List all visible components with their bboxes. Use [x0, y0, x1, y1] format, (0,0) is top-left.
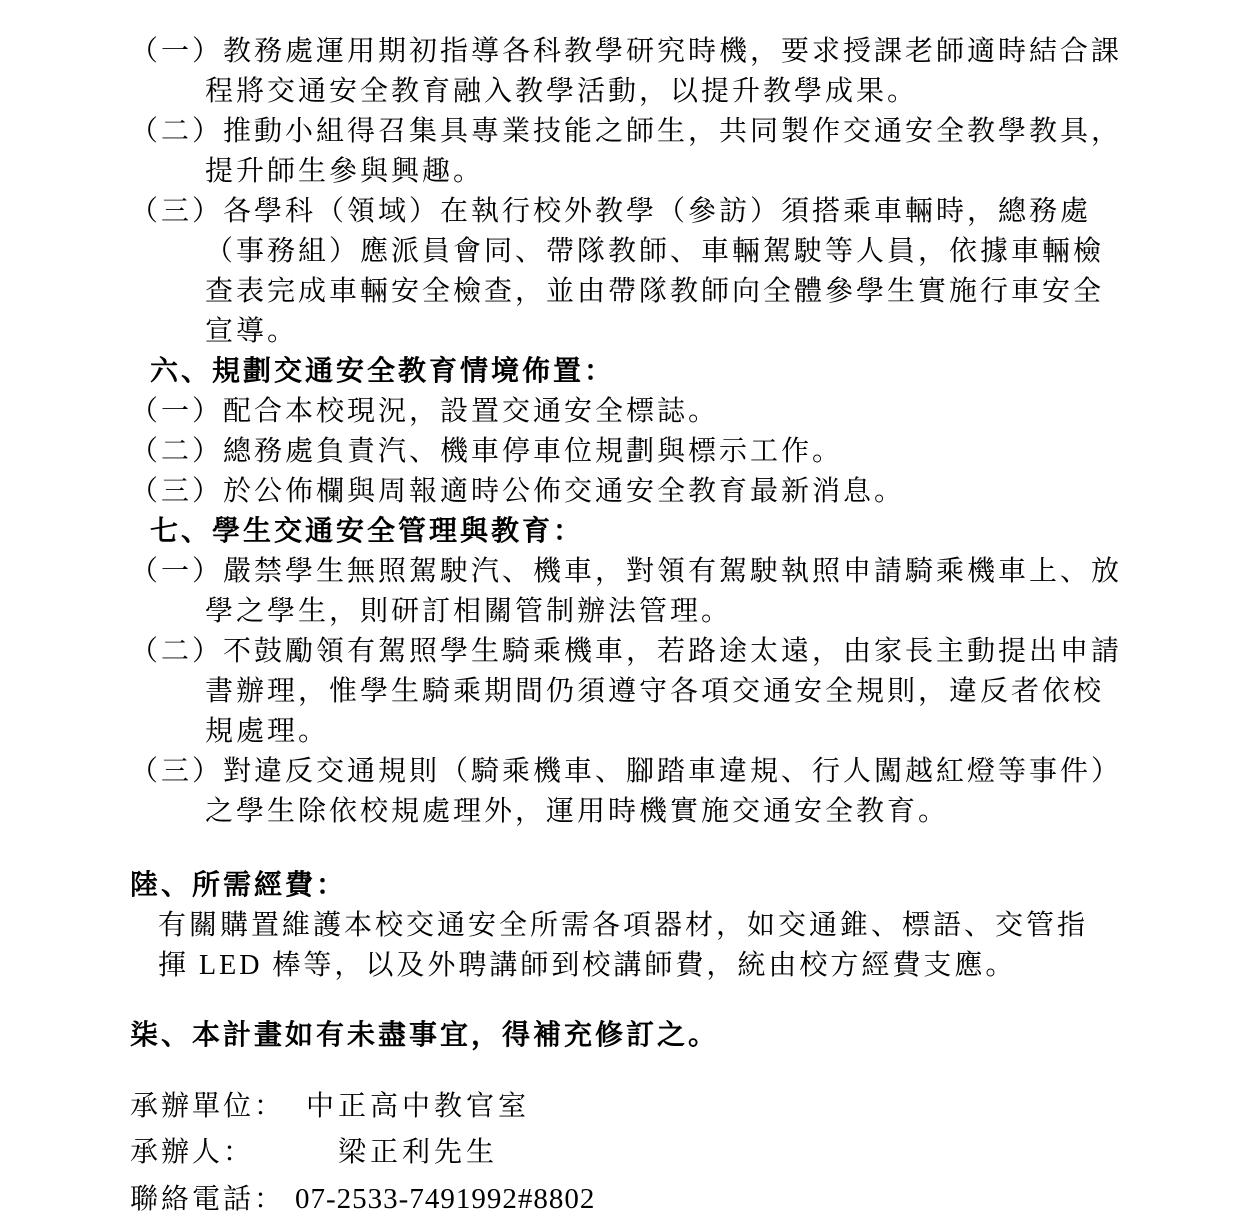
plan-item-line: （三）各學科（領域）在執行校外教學（參訪）須搭乘車輛時，總務處	[130, 192, 1160, 232]
plan-item-line: 程將交通安全教育融入教學活動，以提升教學成果。	[205, 72, 1160, 112]
section-heading-final: 柒、本計畫如有未盡事宜，得補充修訂之。	[130, 1016, 1160, 1056]
plan-item-line: （一）配合本校現況，設置交通安全標誌。	[130, 392, 1160, 432]
section-heading-six: 六、規劃交通安全教育情境佈置：	[150, 352, 1160, 392]
contact-block: 承辦單位：中正高中教官室 承辦人：梁正利先生 聯絡電話：07-2533-7491…	[130, 1084, 1160, 1223]
budget-body-line: 有關購置維護本校交通安全所需各項器材，如交通錐、標語、交管指	[158, 906, 1160, 946]
section-final: 柒、本計畫如有未盡事宜，得補充修訂之。	[130, 1016, 1160, 1056]
contact-person-row: 承辦人：梁正利先生	[130, 1130, 1160, 1176]
contact-unit-label: 承辦單位：	[130, 1091, 285, 1122]
plan-item-line: （三）對違反交通規則（騎乘機車、腳踏車違規、行人闖越紅燈等事件）	[130, 752, 1160, 792]
contact-person-label: 承辦人：	[130, 1137, 254, 1168]
plan-item-line: （二）總務處負責汽、機車停車位規劃與標示工作。	[130, 432, 1160, 472]
plan-item-line: 宣導。	[205, 312, 1160, 352]
section-heading-seven: 七、學生交通安全管理與教育：	[150, 512, 1160, 552]
contact-unit-value: 中正高中教官室	[306, 1091, 530, 1122]
document-page: （一）教務處運用期初指導各科教學研究時機，要求授課老師適時結合課 程將交通安全教…	[0, 0, 1240, 1232]
section-budget: 陸、所需經費： 有關購置維護本校交通安全所需各項器材，如交通錐、標語、交管指 揮…	[130, 866, 1160, 986]
plan-item-line: （三）於公佈欄與周報適時公佈交通安全教育最新消息。	[130, 472, 1160, 512]
plan-item-line: 查表完成車輛安全檢查，並由帶隊教師向全體參學生實施行車安全	[205, 272, 1160, 312]
plan-item-line: （事務組）應派員會同、帶隊教師、車輛駕駛等人員，依據車輛檢	[205, 232, 1160, 272]
contact-person-value: 梁正利先生	[338, 1137, 498, 1168]
plan-item-line: 規處理。	[205, 712, 1160, 752]
contact-phone-value: 07-2533-7491992#8802	[295, 1183, 595, 1215]
plan-item-line: （一）教務處運用期初指導各科教學研究時機，要求授課老師適時結合課	[130, 32, 1160, 72]
contact-phone-label: 聯絡電話：	[130, 1184, 285, 1215]
plan-item-line: （一）嚴禁學生無照駕駛汽、機車，對領有駕駛執照申請騎乘機車上、放	[130, 552, 1160, 592]
contact-phone-row: 聯絡電話：07-2533-7491992#8802	[130, 1176, 1160, 1223]
document-body: （一）教務處運用期初指導各科教學研究時機，要求授課老師適時結合課 程將交通安全教…	[0, 0, 1240, 1223]
section-heading-budget: 陸、所需經費：	[130, 866, 1160, 906]
plan-item-line: 學之學生，則研訂相關管制辦法管理。	[205, 592, 1160, 632]
plan-item-line: （二）推動小組得召集具專業技能之師生，共同製作交通安全教學教具，	[130, 112, 1160, 152]
budget-body-line: 揮 LED 棒等，以及外聘講師到校講師費，統由校方經費支應。	[158, 946, 1160, 986]
contact-unit-row: 承辦單位：中正高中教官室	[130, 1084, 1160, 1130]
plan-item-line: 之學生除依校規處理外，運用時機實施交通安全教育。	[205, 792, 1160, 832]
plan-item-line: 提升師生參與興趣。	[205, 152, 1160, 192]
plan-item-line: 書辦理，惟學生騎乘期間仍須遵守各項交通安全規則，違反者依校	[205, 672, 1160, 712]
plan-item-line: （二）不鼓勵領有駕照學生騎乘機車，若路途太遠，由家長主動提出申請	[130, 632, 1160, 672]
